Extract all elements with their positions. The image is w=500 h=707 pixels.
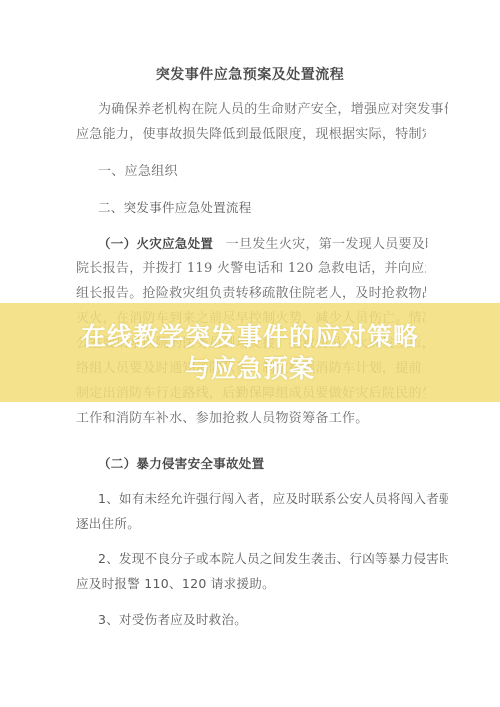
- violence-heading: （二）暴力侵害安全事故处置: [98, 456, 448, 472]
- fire-line-3: 组长报告。抢险救灾组负责转移疏散住院老人，及时抢救物品并参与: [76, 286, 426, 302]
- violence-item-1-line-2: 逐出住所。: [76, 516, 426, 532]
- document-title: 突发事件应急预案及处置流程: [0, 64, 500, 84]
- fire-paragraph-first-line: （一）火灾应急处置 一旦发生火灾，第一发现人员要及时向: [98, 236, 428, 253]
- violence-item-1-line-1: 1、如有未经允许强行闯入者，应及时联系公安人员将闯入者驱: [98, 491, 448, 507]
- fire-line-8: 工作和消防车补水、参加抢救人员物资筹备工作。: [76, 411, 426, 427]
- violence-item-2-line-1: 2、发现不良分子或本院人员之间发生袭击、行凶等暴力侵害时，: [98, 551, 448, 567]
- banner-title-line-2: 与应急预案: [185, 353, 315, 385]
- fire-line-1: 一旦发生火灾，第一发现人员要及时向: [226, 237, 428, 252]
- section-heading-2: 二、突发事件应急处置流程: [98, 200, 448, 216]
- intro-line-2: 应急能力，使事故损失降低到最低限度，现根据实际，特制定本预案。: [76, 127, 426, 143]
- fire-line-2: 院长报告，并拨打 119 火警电话和 120 急救电话，并向应急指挥领导: [76, 261, 426, 277]
- banner-title-line-1: 在线教学突发事件的应对策略: [81, 321, 419, 353]
- violence-item-3-line-1: 3、对受伤者应及时救治。: [98, 612, 448, 628]
- violence-item-2-line-2: 应及时报警 110、120 请求援助。: [76, 576, 426, 592]
- fire-heading: （一）火灾应急处置: [98, 236, 213, 251]
- title-banner: 在线教学突发事件的应对策略 与应急预案: [0, 303, 500, 402]
- intro-line-1: 为确保养老机构在院人员的生命财产安全，增强应对突发事件的: [98, 102, 448, 118]
- section-heading-1: 一、应急组织: [98, 164, 448, 180]
